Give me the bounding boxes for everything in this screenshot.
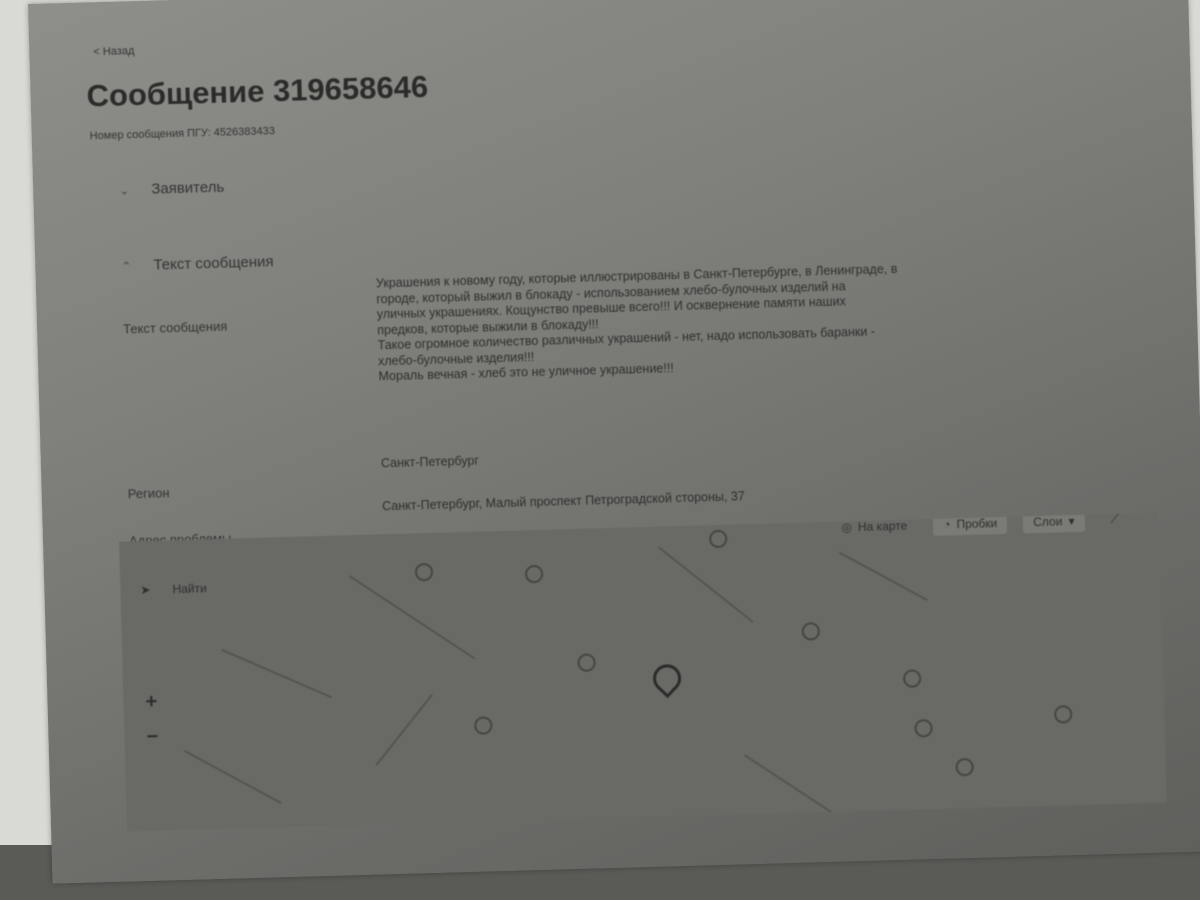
map-poi-icon[interactable] bbox=[1054, 705, 1072, 723]
chevron-down-icon: ▾ bbox=[1068, 513, 1074, 527]
map-poi-icon[interactable] bbox=[577, 653, 595, 671]
map-road bbox=[658, 547, 753, 623]
map-poi-icon[interactable] bbox=[525, 565, 543, 583]
layers-icon: ◎ bbox=[841, 520, 852, 534]
map-find-control[interactable]: ➤ Найти bbox=[140, 581, 207, 597]
map-poi-icon[interactable] bbox=[415, 563, 433, 581]
map[interactable]: ◎ На карте ◔ Пробки Слои ▾ ⟋ ➤ Найти bbox=[119, 513, 1167, 832]
region-label: Регион bbox=[128, 485, 170, 501]
traffic-button[interactable]: ◔ Пробки bbox=[933, 513, 1008, 536]
map-poi-icon[interactable] bbox=[709, 530, 727, 548]
map-poi-icon[interactable] bbox=[802, 622, 820, 640]
chevron-up-icon: ⌃ bbox=[121, 259, 131, 273]
traffic-icon: ◔ bbox=[943, 517, 951, 531]
map-road bbox=[349, 575, 475, 659]
layers-button[interactable]: Слои ▾ bbox=[1023, 513, 1085, 533]
section-message-text[interactable]: ⌃ Текст сообщения bbox=[121, 253, 274, 274]
message-text-value: Украшения к новому году, которые иллюстр… bbox=[376, 259, 989, 384]
section-label: Заявитель bbox=[151, 179, 224, 198]
page-title: Сообщение 319658646 bbox=[86, 69, 428, 115]
ruler-icon: ⟋ bbox=[1110, 513, 1119, 527]
message-text-label: Текст сообщения bbox=[123, 319, 228, 337]
map-road bbox=[184, 750, 282, 804]
message-number: Номер сообщения ПГУ: 4526383433 bbox=[90, 125, 276, 142]
map-road bbox=[744, 754, 845, 822]
map-road bbox=[221, 649, 332, 698]
ruler-button[interactable]: ⟋ bbox=[1100, 513, 1129, 532]
map-road bbox=[839, 552, 928, 601]
map-poi-icon[interactable] bbox=[474, 716, 492, 734]
address-value: Санкт-Петербург, Малый проспект Петрогра… bbox=[382, 482, 992, 515]
back-link[interactable]: < Назад bbox=[93, 45, 134, 58]
map-road bbox=[375, 694, 432, 766]
location-pin-icon[interactable] bbox=[647, 659, 687, 699]
zoom-in-button[interactable]: + bbox=[145, 691, 157, 714]
chevron-down-icon: ⌄ bbox=[119, 183, 129, 197]
map-view-button[interactable]: ◎ На карте bbox=[831, 514, 917, 538]
region-value: Санкт-Петербург bbox=[381, 439, 991, 472]
map-poi-icon[interactable] bbox=[914, 719, 932, 737]
map-toolbar: ◎ На карте ◔ Пробки Слои ▾ ⟋ bbox=[831, 513, 1129, 539]
location-arrow-icon: ➤ bbox=[140, 583, 150, 597]
map-poi-icon[interactable] bbox=[903, 669, 921, 687]
section-label: Текст сообщения bbox=[153, 253, 274, 273]
printed-page: < Назад Сообщение 319658646 Номер сообще… bbox=[28, 0, 1200, 884]
section-applicant[interactable]: ⌄ Заявитель bbox=[119, 179, 224, 199]
map-poi-icon[interactable] bbox=[955, 758, 973, 776]
zoom-out-button[interactable]: − bbox=[146, 726, 158, 749]
